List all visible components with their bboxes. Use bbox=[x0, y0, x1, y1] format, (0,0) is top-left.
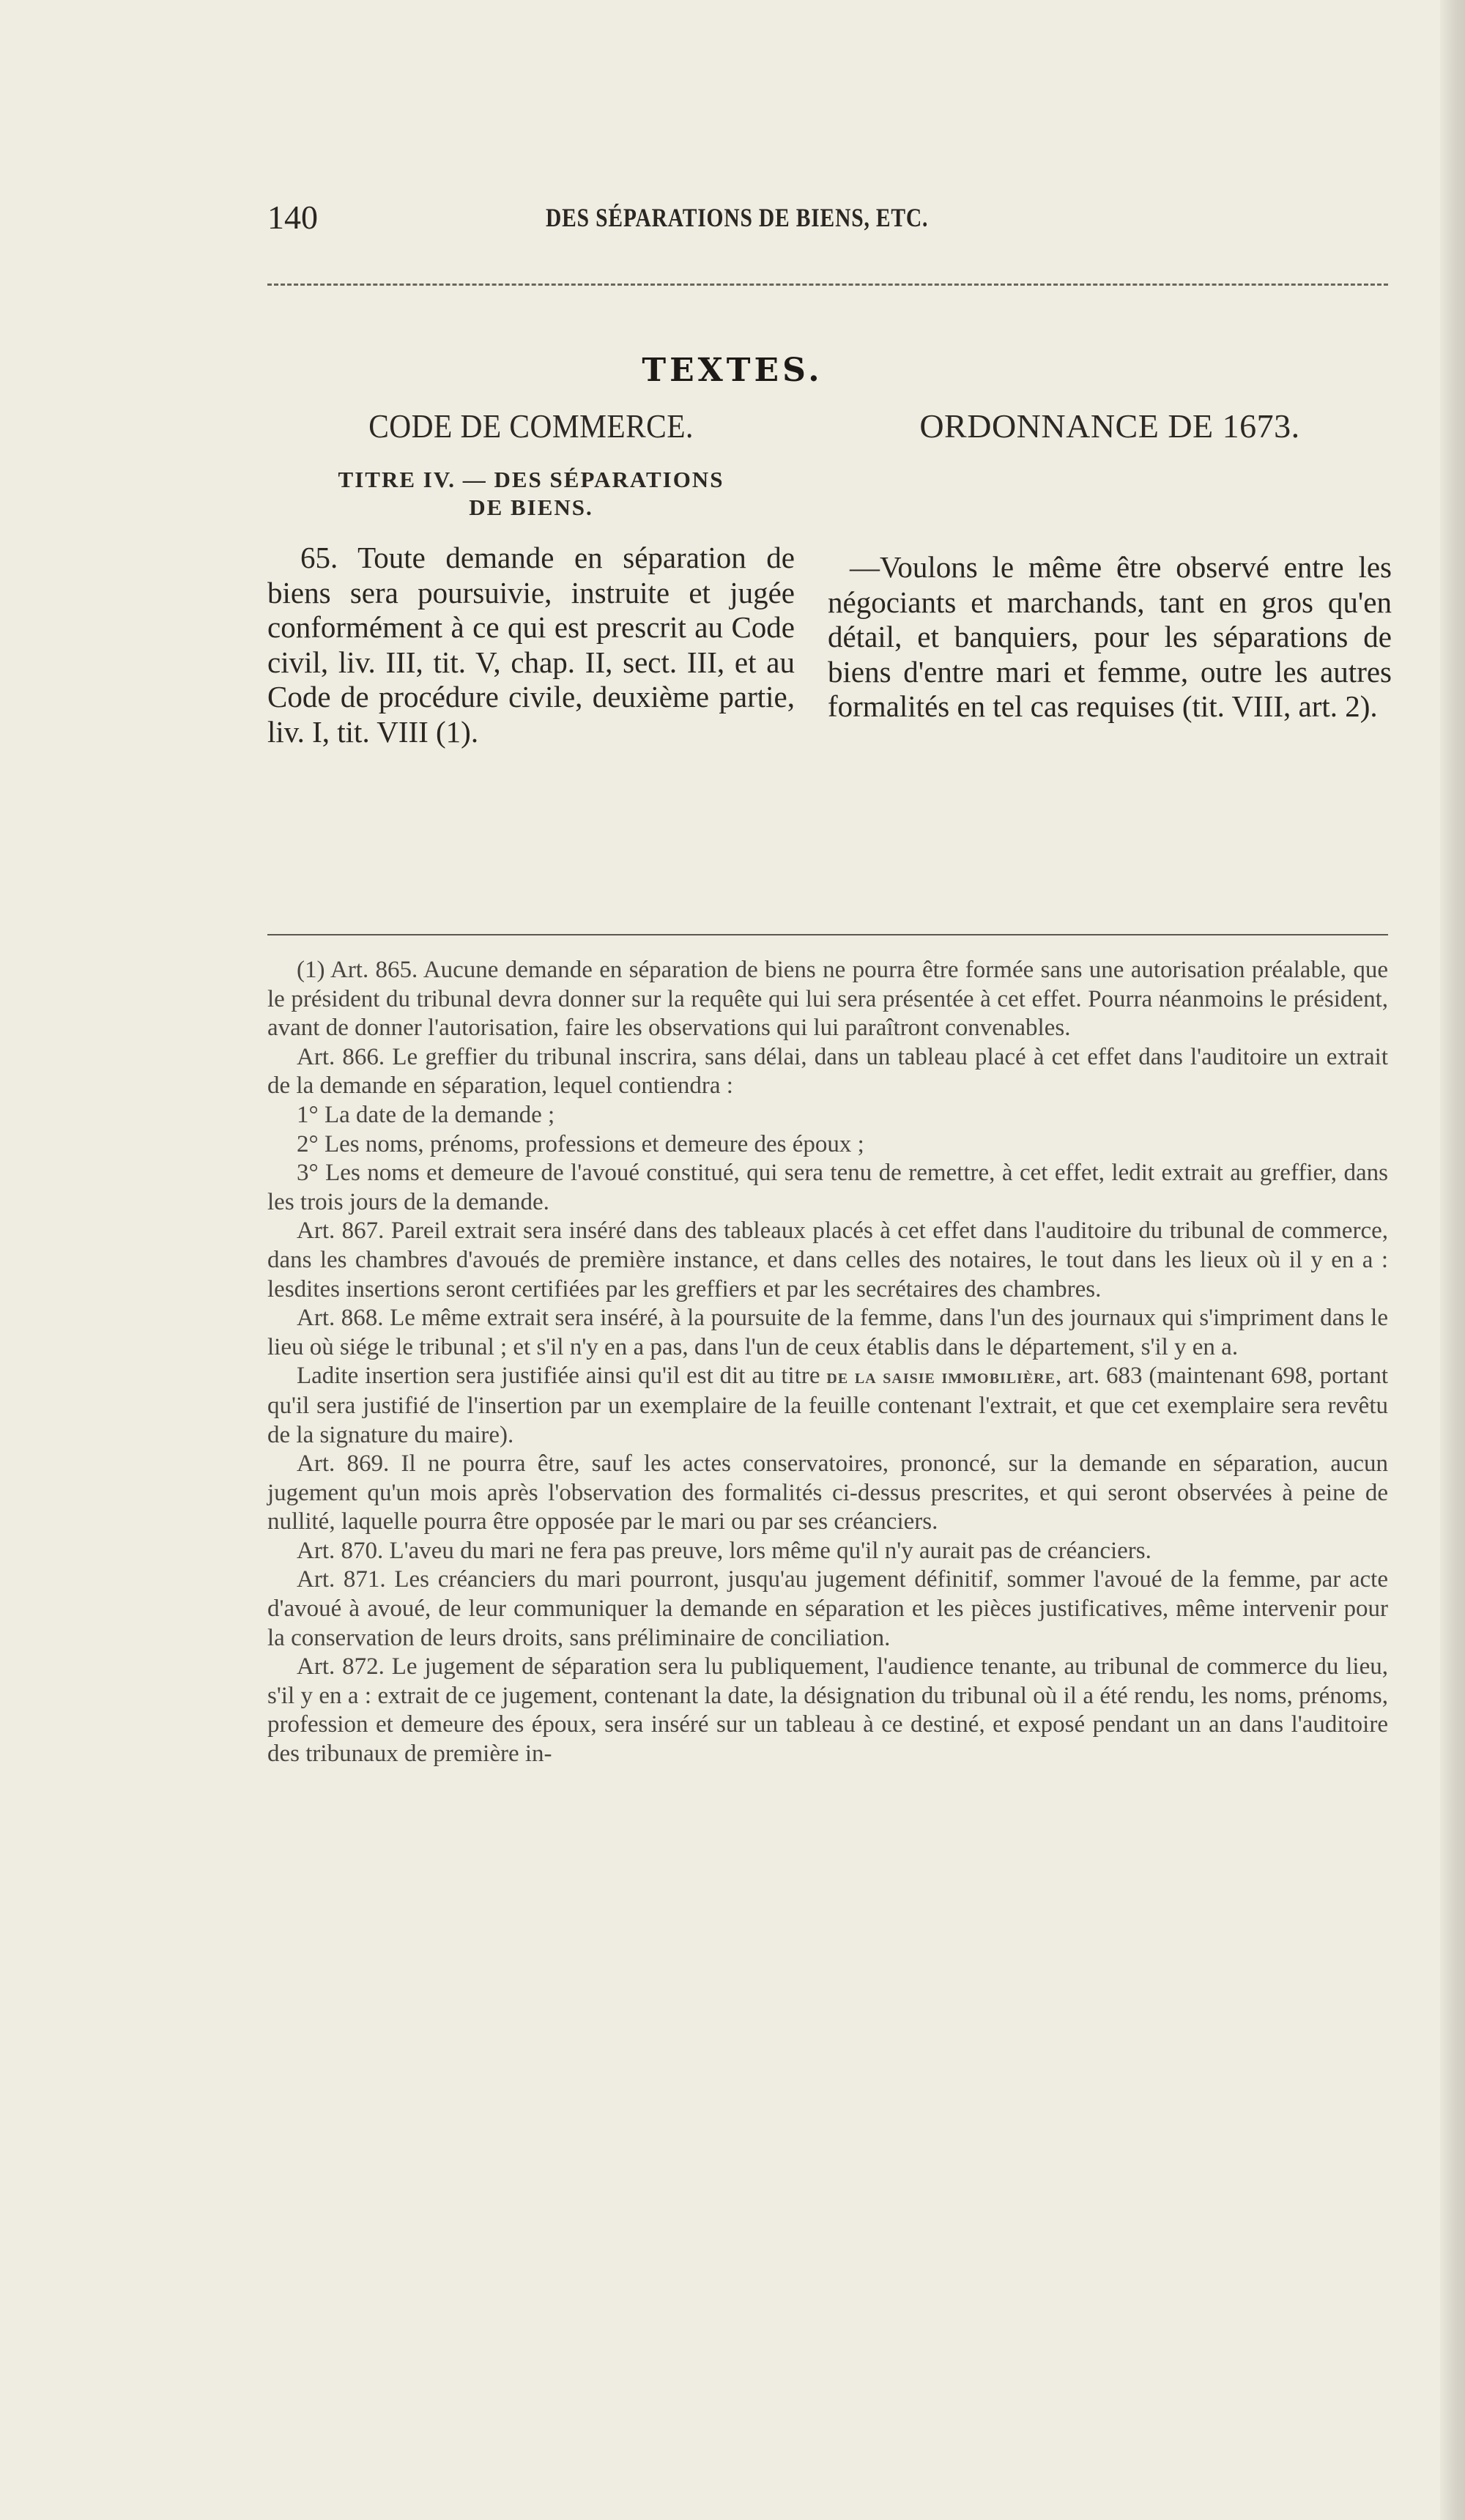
article-65-text: 65. Toute demande en séparation de biens… bbox=[267, 541, 795, 749]
footnote-paragraph: (1) Art. 865. Aucune demande en séparati… bbox=[267, 956, 1388, 1043]
column-heading: CODE DE COMMERCE. bbox=[294, 407, 768, 445]
footnote-title-reference: de la saisie immobilière bbox=[826, 1365, 1056, 1388]
running-header: 140 DES SÉPARATIONS DE BIENS, ETC. bbox=[267, 198, 1388, 242]
footnote-paragraph: 3° Les noms et demeure de l'avoué consti… bbox=[267, 1159, 1388, 1217]
footnote-paragraph: Art. 867. Pareil extrait sera inséré dan… bbox=[267, 1217, 1388, 1304]
subheading-line: TITRE IV. — DES SÉPARATIONS bbox=[267, 466, 795, 494]
header-rule bbox=[267, 283, 1388, 286]
footnote-paragraph: Art. 871. Les créanciers du mari pourron… bbox=[267, 1565, 1388, 1653]
footnote-paragraph: Ladite insertion sera justifiée ainsi qu… bbox=[267, 1362, 1388, 1450]
footnotes: (1) Art. 865. Aucune demande en séparati… bbox=[267, 956, 1388, 1769]
footnote-paragraph: Art. 868. Le même extrait sera inséré, à… bbox=[267, 1304, 1388, 1362]
section-title: TEXTES. bbox=[0, 352, 1465, 389]
footnote-paragraph: 2° Les noms, prénoms, professions et dem… bbox=[267, 1130, 1388, 1160]
running-title: DES SÉPARATIONS DE BIENS, ETC. bbox=[546, 202, 928, 233]
column-heading: ORDONNANCE DE 1673. bbox=[828, 407, 1392, 445]
footnote-paragraph: 1° La date de la demande ; bbox=[267, 1101, 1388, 1130]
footnote-paragraph: Art. 866. Le greffier du tribunal inscri… bbox=[267, 1043, 1388, 1101]
ordonnance-text: —Voulons le même être observé entre les … bbox=[828, 550, 1392, 724]
footnote-text: Ladite insertion sera justifiée ainsi qu… bbox=[297, 1363, 826, 1389]
footnote-paragraph: Art. 869. Il ne pourra être, sauf les ac… bbox=[267, 1450, 1388, 1537]
left-column-code-de-commerce: CODE DE COMMERCE. TITRE IV. — DES SÉPARA… bbox=[267, 407, 795, 749]
subheading-line: DE BIENS. bbox=[267, 494, 795, 522]
footnote-rule bbox=[267, 934, 1388, 935]
footnote-paragraph: Art. 870. L'aveu du mari ne fera pas pre… bbox=[267, 1537, 1388, 1566]
right-column-ordonnance-1673: ORDONNANCE DE 1673. —Voulons le même êtr… bbox=[828, 407, 1392, 724]
column-subheading: TITRE IV. — DES SÉPARATIONS DE BIENS. bbox=[267, 466, 795, 522]
footnote-paragraph: Art. 872. Le jugement de séparation sera… bbox=[267, 1653, 1388, 1768]
page-number: 140 bbox=[267, 198, 318, 237]
